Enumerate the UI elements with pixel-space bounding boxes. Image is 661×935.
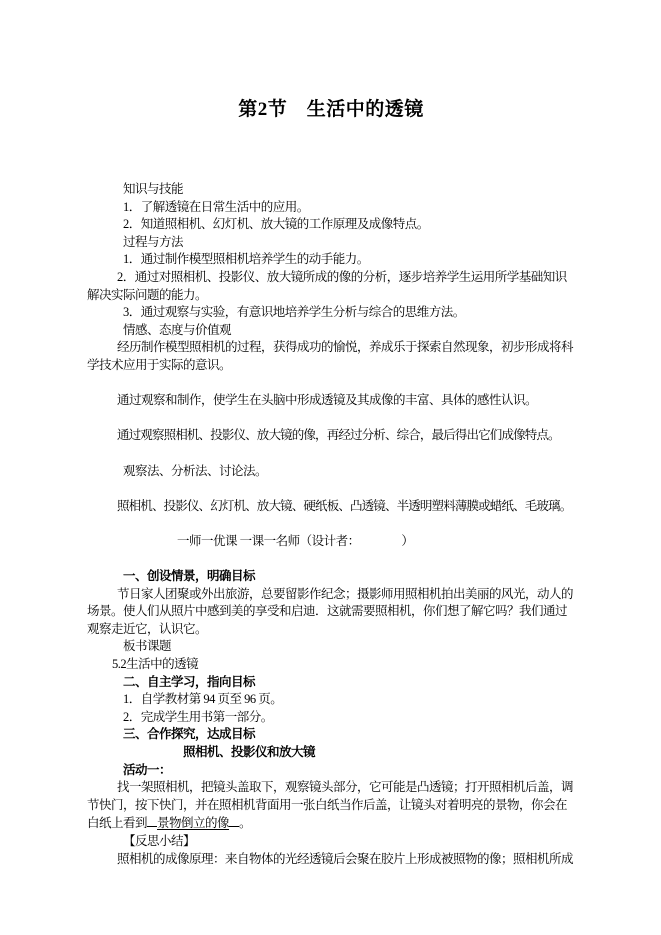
text-line: 照相机的成像原理：来自物体的光经透镜后会聚在胶片上形成被照物的像；照相机所成 (87, 851, 575, 869)
fill-answer: 景物倒立的像 (157, 816, 229, 830)
page-title: 第2节 生活中的透镜 (87, 97, 575, 123)
fill-blank-line: 找一架照相机，把镜头盖取下，观察镜头部分，它可能是凸透镜；打开照相机后盖，调节快… (87, 779, 575, 833)
spacer-line (87, 515, 575, 533)
section-heading: 三、合作探究，达成目标 (87, 726, 575, 744)
sub-heading: 照相机、投影仪和放大镜 (87, 744, 575, 762)
section-heading: 一、创设情景，明确目标 (87, 568, 575, 586)
text-line: 2．完成学生用书第一部分。 (87, 709, 575, 727)
spacer-line (87, 480, 575, 498)
document-page: 第2节 生活中的透镜 知识与技能1．了解透镜在日常生活中的应用。2．知道照相机、… (0, 0, 661, 935)
blank-underline (229, 814, 239, 827)
text-line: 【反思小结】 (87, 833, 575, 851)
text-line: 1．自学教材第 94 页至 96 页。 (87, 691, 575, 709)
text-line: 知识与技能 (87, 181, 575, 199)
text-line: 3．通过观察与实验，有意识地培养学生分析与综合的思维方法。 (87, 304, 575, 322)
spacer-line (87, 410, 575, 428)
text-line: 2．通过对照相机、投影仪、放大镜所成的像的分析，逐步培养学生运用所学基础知识解决… (87, 269, 575, 304)
text-line: 照相机、投影仪、幻灯机、放大镜、硬纸板、凸透镜、半透明塑料薄膜或蜡纸、毛玻璃。 (87, 498, 575, 516)
text-line: 节日家人团聚或外出旅游，总要留影作纪念；摄影师用照相机拍出美丽的风光，动人的场景… (87, 586, 575, 639)
spacer-line (87, 445, 575, 463)
text-line: 通过观察照相机、投影仪、放大镜的像，再经过分析、综合，最后得出它们成像特点。 (87, 427, 575, 445)
text-line: 过程与方法 (87, 234, 575, 252)
spacer-line (87, 375, 575, 393)
text-line: 1．了解透镜在日常生活中的应用。 (87, 199, 575, 217)
text-line: 1．通过制作模型照相机培养学生的动手能力。 (87, 251, 575, 269)
text-line: 5.2生活中的透镜 (87, 656, 575, 674)
document-body: 知识与技能1．了解透镜在日常生活中的应用。2．知道照相机、幻灯机、放大镜的工作原… (87, 181, 575, 868)
text-line: 板书课题 (87, 638, 575, 656)
fill-suffix: 。 (239, 816, 251, 830)
text-line: 情感、态度与价值观 (87, 322, 575, 340)
text-line: 通过观察和制作，使学生在头脑中形成透镜及其成像的丰富、具体的感性认识。 (87, 392, 575, 410)
spacer-line (87, 550, 575, 568)
text-line: 经历制作模型照相机的过程，获得成功的愉悦，养成乐于探索自然现象，初步形成将科学技… (87, 339, 575, 374)
blank-underline (147, 814, 157, 827)
section-heading: 二、自主学习，指向目标 (87, 674, 575, 692)
section-heading: 活动一： (87, 762, 575, 780)
text-line: 一师一优课 一课一名师（设计者： ） (87, 533, 575, 551)
text-line: 2．知道照相机、幻灯机、放大镜的工作原理及成像特点。 (87, 216, 575, 234)
text-line: 观察法、分析法、讨论法。 (87, 463, 575, 481)
